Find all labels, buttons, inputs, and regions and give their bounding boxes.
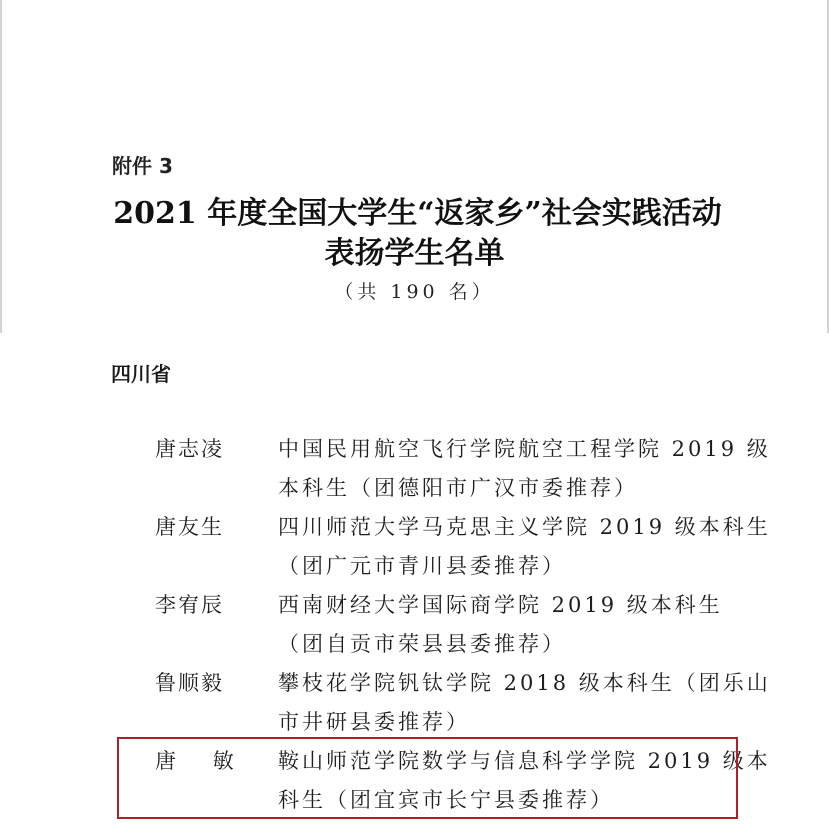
description-line: 西南财经大学国际商学院 2019 级本科生: [278, 589, 723, 628]
student-description: 攀枝花学院钒钛学院 2018 级本科生（团乐山 市井研县委推荐）: [278, 667, 723, 745]
document-title-line-2: 表扬学生名单: [0, 228, 829, 272]
student-description: 中国民用航空飞行学院航空工程学院 2019 级 本科生（团德阳市广汉市委推荐）: [278, 433, 723, 511]
student-name: 唐志凌: [155, 433, 224, 463]
description-line: （团广元市青川县委推荐）: [278, 550, 723, 589]
description-line: 本科生（团德阳市广汉市委推荐）: [278, 472, 723, 511]
student-name: 李宥辰: [155, 589, 224, 619]
description-line: 四川师范大学马克思主义学院 2019 级本科生: [278, 511, 723, 550]
list-item: 李宥辰 西南财经大学国际商学院 2019 级本科生 （团自贡市荣县县委推荐）: [0, 586, 829, 664]
province-heading: 四川省: [111, 358, 171, 387]
list-item: 鲁顺毅 攀枝花学院钒钛学院 2018 级本科生（团乐山 市井研县委推荐）: [0, 664, 829, 742]
document-subtitle-count: （共 190 名）: [0, 277, 829, 304]
list-item: 唐友生 四川师范大学马克思主义学院 2019 级本科生 （团广元市青川县委推荐）: [0, 508, 829, 586]
list-item: 唐志凌 中国民用航空飞行学院航空工程学院 2019 级 本科生（团德阳市广汉市委…: [0, 430, 829, 508]
student-description: 西南财经大学国际商学院 2019 级本科生 （团自贡市荣县县委推荐）: [278, 589, 723, 667]
student-description: 四川师范大学马克思主义学院 2019 级本科生 （团广元市青川县委推荐）: [278, 511, 723, 589]
description-line: 中国民用航空飞行学院航空工程学院 2019 级: [278, 433, 723, 472]
document-title-line-1: 2021 年度全国大学生“返家乡”社会实践活动: [3, 188, 829, 232]
student-name: 鲁顺毅: [155, 667, 224, 697]
attachment-label: 附件 3: [112, 150, 173, 179]
description-line: （团自贡市荣县县委推荐）: [278, 628, 723, 667]
description-line: 攀枝花学院钒钛学院 2018 级本科生（团乐山: [278, 667, 723, 706]
highlight-box: [117, 737, 738, 819]
student-name: 唐友生: [155, 511, 224, 541]
